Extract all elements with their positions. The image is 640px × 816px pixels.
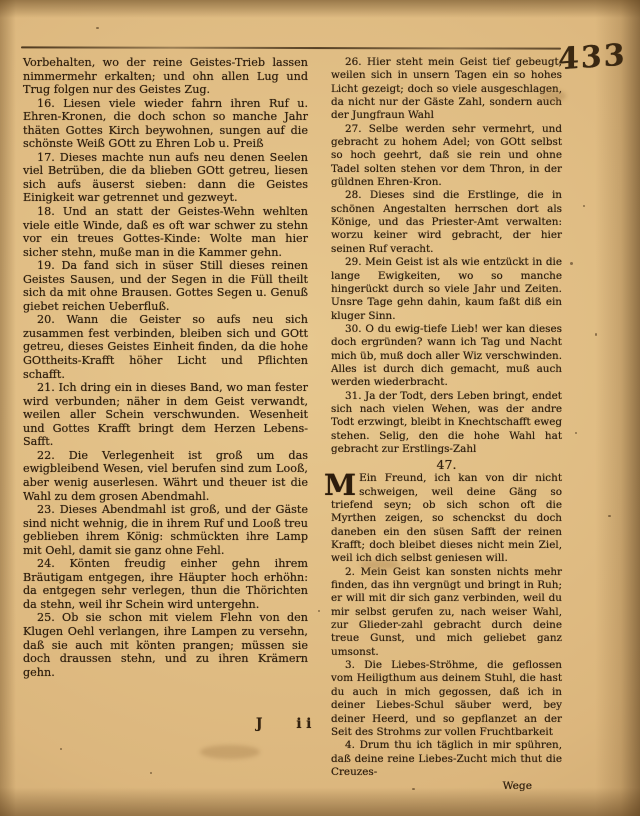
verse-paragraph: 26. Hier steht mein Geist tief gebeugt, … — [331, 56, 562, 123]
verse-paragraph: 21. Ich dring ein in dieses Band, wo man… — [23, 381, 308, 449]
verse-paragraph: 4. Drum thu ich täglich in mir spühren, … — [331, 739, 562, 779]
hymn-number-heading: 47. — [331, 457, 562, 472]
verse-paragraph: 23. Dieses Abendmahl ist groß, und der G… — [23, 503, 308, 557]
drop-cap-initial: M — [324, 473, 356, 497]
gathering-signature: Ji i — [256, 716, 311, 732]
verse-paragraph: 22. Die Verlegenheit ist groß um das ewi… — [23, 449, 308, 503]
verse-paragraph: Vorbehalten, wo der reine Geistes-Trieb … — [23, 56, 308, 97]
book-page-scan: 433 Vorbehalten, wo der reine Geistes-Tr… — [0, 0, 640, 816]
right-text-column: 26. Hier steht mein Geist tief gebeugt, … — [331, 56, 562, 793]
verse-paragraph: 27. Selbe werden sehr vermehrt, und gebr… — [331, 123, 562, 190]
verse-text: Ein Freund, ich kan von dir nicht schwei… — [331, 472, 562, 564]
verse-paragraph: 28. Dieses sind die Erstlinge, die in sc… — [331, 189, 562, 256]
catchword: Wege — [331, 779, 562, 793]
verse-paragraph: 17. Dieses machte nun aufs neu denen See… — [23, 151, 308, 205]
verse-paragraph: 16. Liesen viele wieder fahrn ihren Ruf … — [23, 97, 308, 151]
verse-paragraph-with-dropcap: MEin Freund, ich kan von dir nicht schwe… — [331, 472, 562, 565]
verse-paragraph: 31. Ja der Todt, ders Leben bringt, ende… — [331, 390, 562, 457]
verse-paragraph: 2. Mein Geist kan sonsten nichts mehr fi… — [331, 566, 562, 659]
verse-paragraph: 18. Und an statt der Geistes-Wehn wehlte… — [23, 205, 308, 259]
verse-paragraph: 30. O du ewig-tiefe Lieb! wer kan dieses… — [331, 323, 562, 390]
signature-letter: J — [256, 716, 262, 732]
verse-paragraph: 19. Da fand sich in süser Still dieses r… — [23, 259, 308, 313]
page-number: 433 — [558, 38, 626, 78]
verse-paragraph: 3. Die Liebes-Ströhme, die geflossen vom… — [331, 659, 562, 739]
verse-paragraph: 20. Wann die Geister so aufs neu sich zu… — [23, 313, 308, 381]
verse-paragraph: 24. Könten freudig einher gehn ihrem Brä… — [23, 557, 308, 611]
left-text-column: Vorbehalten, wo der reine Geistes-Trieb … — [23, 56, 308, 679]
verse-paragraph: 29. Mein Geist ist als wie entzückt in d… — [331, 256, 562, 323]
signature-letters: i i — [296, 716, 311, 732]
header-rule — [21, 46, 561, 49]
verse-paragraph: 25. Ob sie schon mit vielem Flehn von de… — [23, 611, 308, 679]
